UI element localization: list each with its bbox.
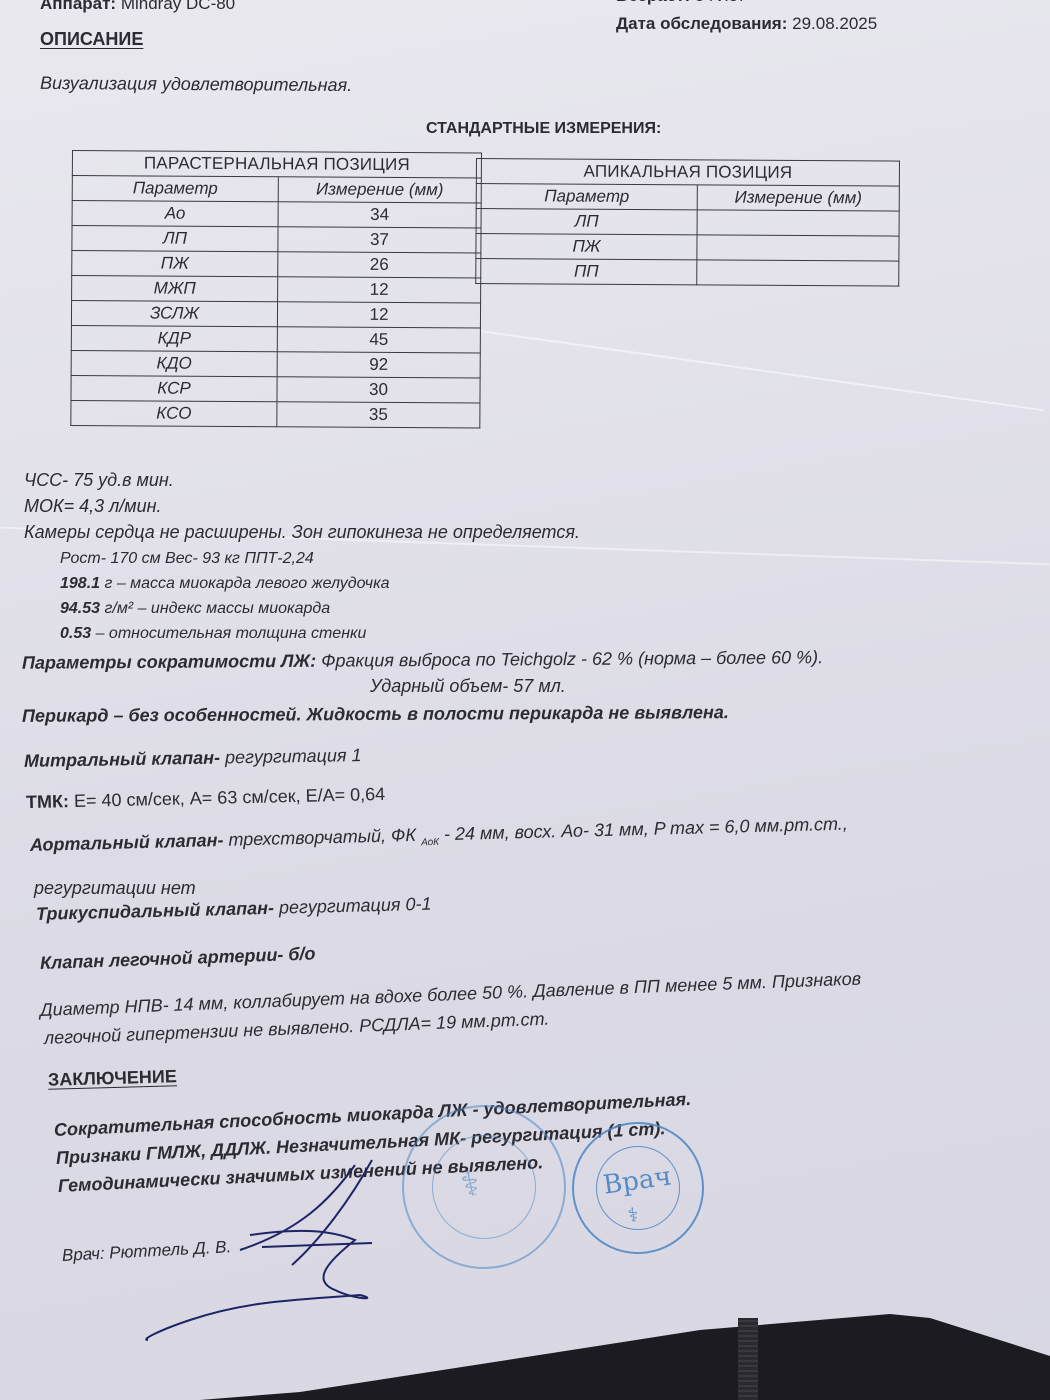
param-cell: КСР: [71, 375, 277, 401]
parasternal-table: ПАРАСТЕРНАЛЬНАЯ ПОЗИЦИЯ Параметр Измерен…: [70, 150, 482, 428]
contractility-text: Фракция выброса по Teichgolz - 62 % (нор…: [316, 647, 823, 671]
param-cell: ПП: [476, 259, 697, 285]
mitral-label: Митральный клапан-: [24, 748, 220, 771]
value-cell: 26: [278, 252, 481, 278]
value-cell: 12: [278, 277, 481, 303]
aortic-subscript: АоК: [421, 837, 439, 848]
tmk-label: ТМК:: [26, 791, 69, 812]
table-row: МЖП12: [72, 276, 481, 303]
table-row: ПЖ: [476, 234, 899, 262]
table-row: Ао34: [72, 201, 481, 228]
value-cell: 12: [277, 302, 480, 328]
table-row: КСР30: [71, 375, 480, 402]
heart-rate: ЧСС- 75 уд.в мин.: [24, 470, 174, 491]
rwt-value: 0.53: [60, 625, 91, 642]
value-cell: [697, 260, 899, 286]
lv-mass-value: 198.1: [60, 575, 100, 592]
rwt-text: – относительная толщина стенки: [91, 625, 366, 642]
value-cell: 30: [277, 377, 480, 403]
col-header-param: Параметр: [72, 176, 278, 202]
stroke-volume: Ударный объем- 57 мл.: [370, 676, 566, 697]
minute-volume: МОК= 4,3 л/мин.: [24, 496, 162, 517]
param-cell: Ао: [72, 201, 278, 227]
age-value: 54 лет: [695, 0, 745, 5]
aortic-regurgitation: регургитации нет: [34, 878, 196, 899]
param-cell: ЛП: [72, 226, 278, 252]
param-cell: ПЖ: [476, 234, 697, 260]
param-cell: ЛП: [476, 209, 697, 235]
table-row: ПЖ26: [72, 251, 481, 278]
value-cell: [697, 235, 899, 261]
mass-index-value: 94.53: [60, 600, 100, 617]
rwt: 0.53 – относительная толщина стенки: [60, 625, 366, 643]
device-value: Mindray DC-80: [121, 0, 235, 13]
param-cell: КДО: [71, 350, 277, 376]
lv-mass-text: г – масса миокарда левого желудочка: [100, 575, 390, 592]
anthropometry: Рост- 170 см Вес- 93 кг ППТ-2,24: [60, 550, 314, 568]
table-row: ЛП: [476, 209, 899, 237]
param-cell: ЗСЛЖ: [71, 301, 277, 327]
conclusion-title: ЗАКЛЮЧЕНИЕ: [48, 1066, 177, 1091]
apical-title: АПИКАЛЬНАЯ ПОЗИЦИЯ: [476, 159, 899, 187]
mitral-text: регургитация 1: [220, 745, 362, 767]
pericardium: Перикард – без особенностей. Жидкость в …: [22, 702, 729, 727]
chambers-text: Камеры сердца не расширены. Зон гипокине…: [24, 522, 580, 543]
table-row: ПП: [476, 259, 899, 287]
col-header-value: Измерение (мм): [278, 177, 481, 203]
exam-date-line: Дата обследования: 29.08.2025: [616, 14, 877, 34]
visualization-text: Визуализация удовлетворительная.: [40, 73, 352, 96]
param-cell: КСО: [71, 400, 277, 426]
mass-index-text: г/м² – индекс массы миокарда: [100, 600, 330, 617]
age-label: Возраст:: [616, 0, 690, 5]
value-cell: 45: [277, 327, 480, 353]
exam-date-value: 29.08.2025: [792, 14, 877, 33]
mass-index: 94.53 г/м² – индекс массы миокарда: [60, 600, 330, 618]
table-row: КДР45: [71, 325, 480, 352]
table-row: ЗСЛЖ12: [71, 301, 480, 328]
param-cell: КДР: [71, 325, 277, 351]
device-line: Аппарат: Mindray DC-80: [40, 0, 235, 14]
table-row: ЛП37: [72, 226, 481, 253]
value-cell: 35: [277, 402, 480, 428]
aortic-label: Аортальный клапан-: [30, 830, 224, 855]
age-line: Возраст: 54 лет: [616, 0, 745, 6]
exam-date-label: Дата обследования:: [616, 14, 787, 33]
param-cell: МЖП: [72, 276, 278, 302]
description-title: ОПИСАНИЕ: [40, 29, 143, 50]
background-fabric-seam: [738, 1318, 758, 1400]
param-cell: ПЖ: [72, 251, 278, 277]
value-cell: [697, 210, 899, 236]
tricuspid-text: регургитация 0-1: [274, 894, 432, 918]
value-cell: 34: [278, 202, 481, 228]
aortic-text: трехстворчатый, ФК: [223, 825, 421, 850]
col-header-value: Измерение (мм): [697, 185, 899, 211]
col-header-param: Параметр: [476, 184, 697, 210]
device-label: Аппарат:: [40, 0, 116, 13]
table-row: КСО35: [71, 400, 480, 427]
parasternal-title: ПАРАСТЕРНАЛЬНАЯ ПОЗИЦИЯ: [72, 151, 481, 178]
value-cell: 37: [278, 227, 481, 253]
table-row: КДО92: [71, 350, 480, 377]
contractility-label: Параметры сократимости ЛЖ:: [22, 651, 316, 673]
measurements-title: СТАНДАРТНЫЕ ИЗМЕРЕНИЯ:: [426, 120, 661, 138]
lv-mass: 198.1 г – масса миокарда левого желудочк…: [60, 575, 390, 593]
value-cell: 92: [277, 352, 480, 378]
apical-table: АПИКАЛЬНАЯ ПОЗИЦИЯ Параметр Измерение (м…: [475, 158, 900, 287]
